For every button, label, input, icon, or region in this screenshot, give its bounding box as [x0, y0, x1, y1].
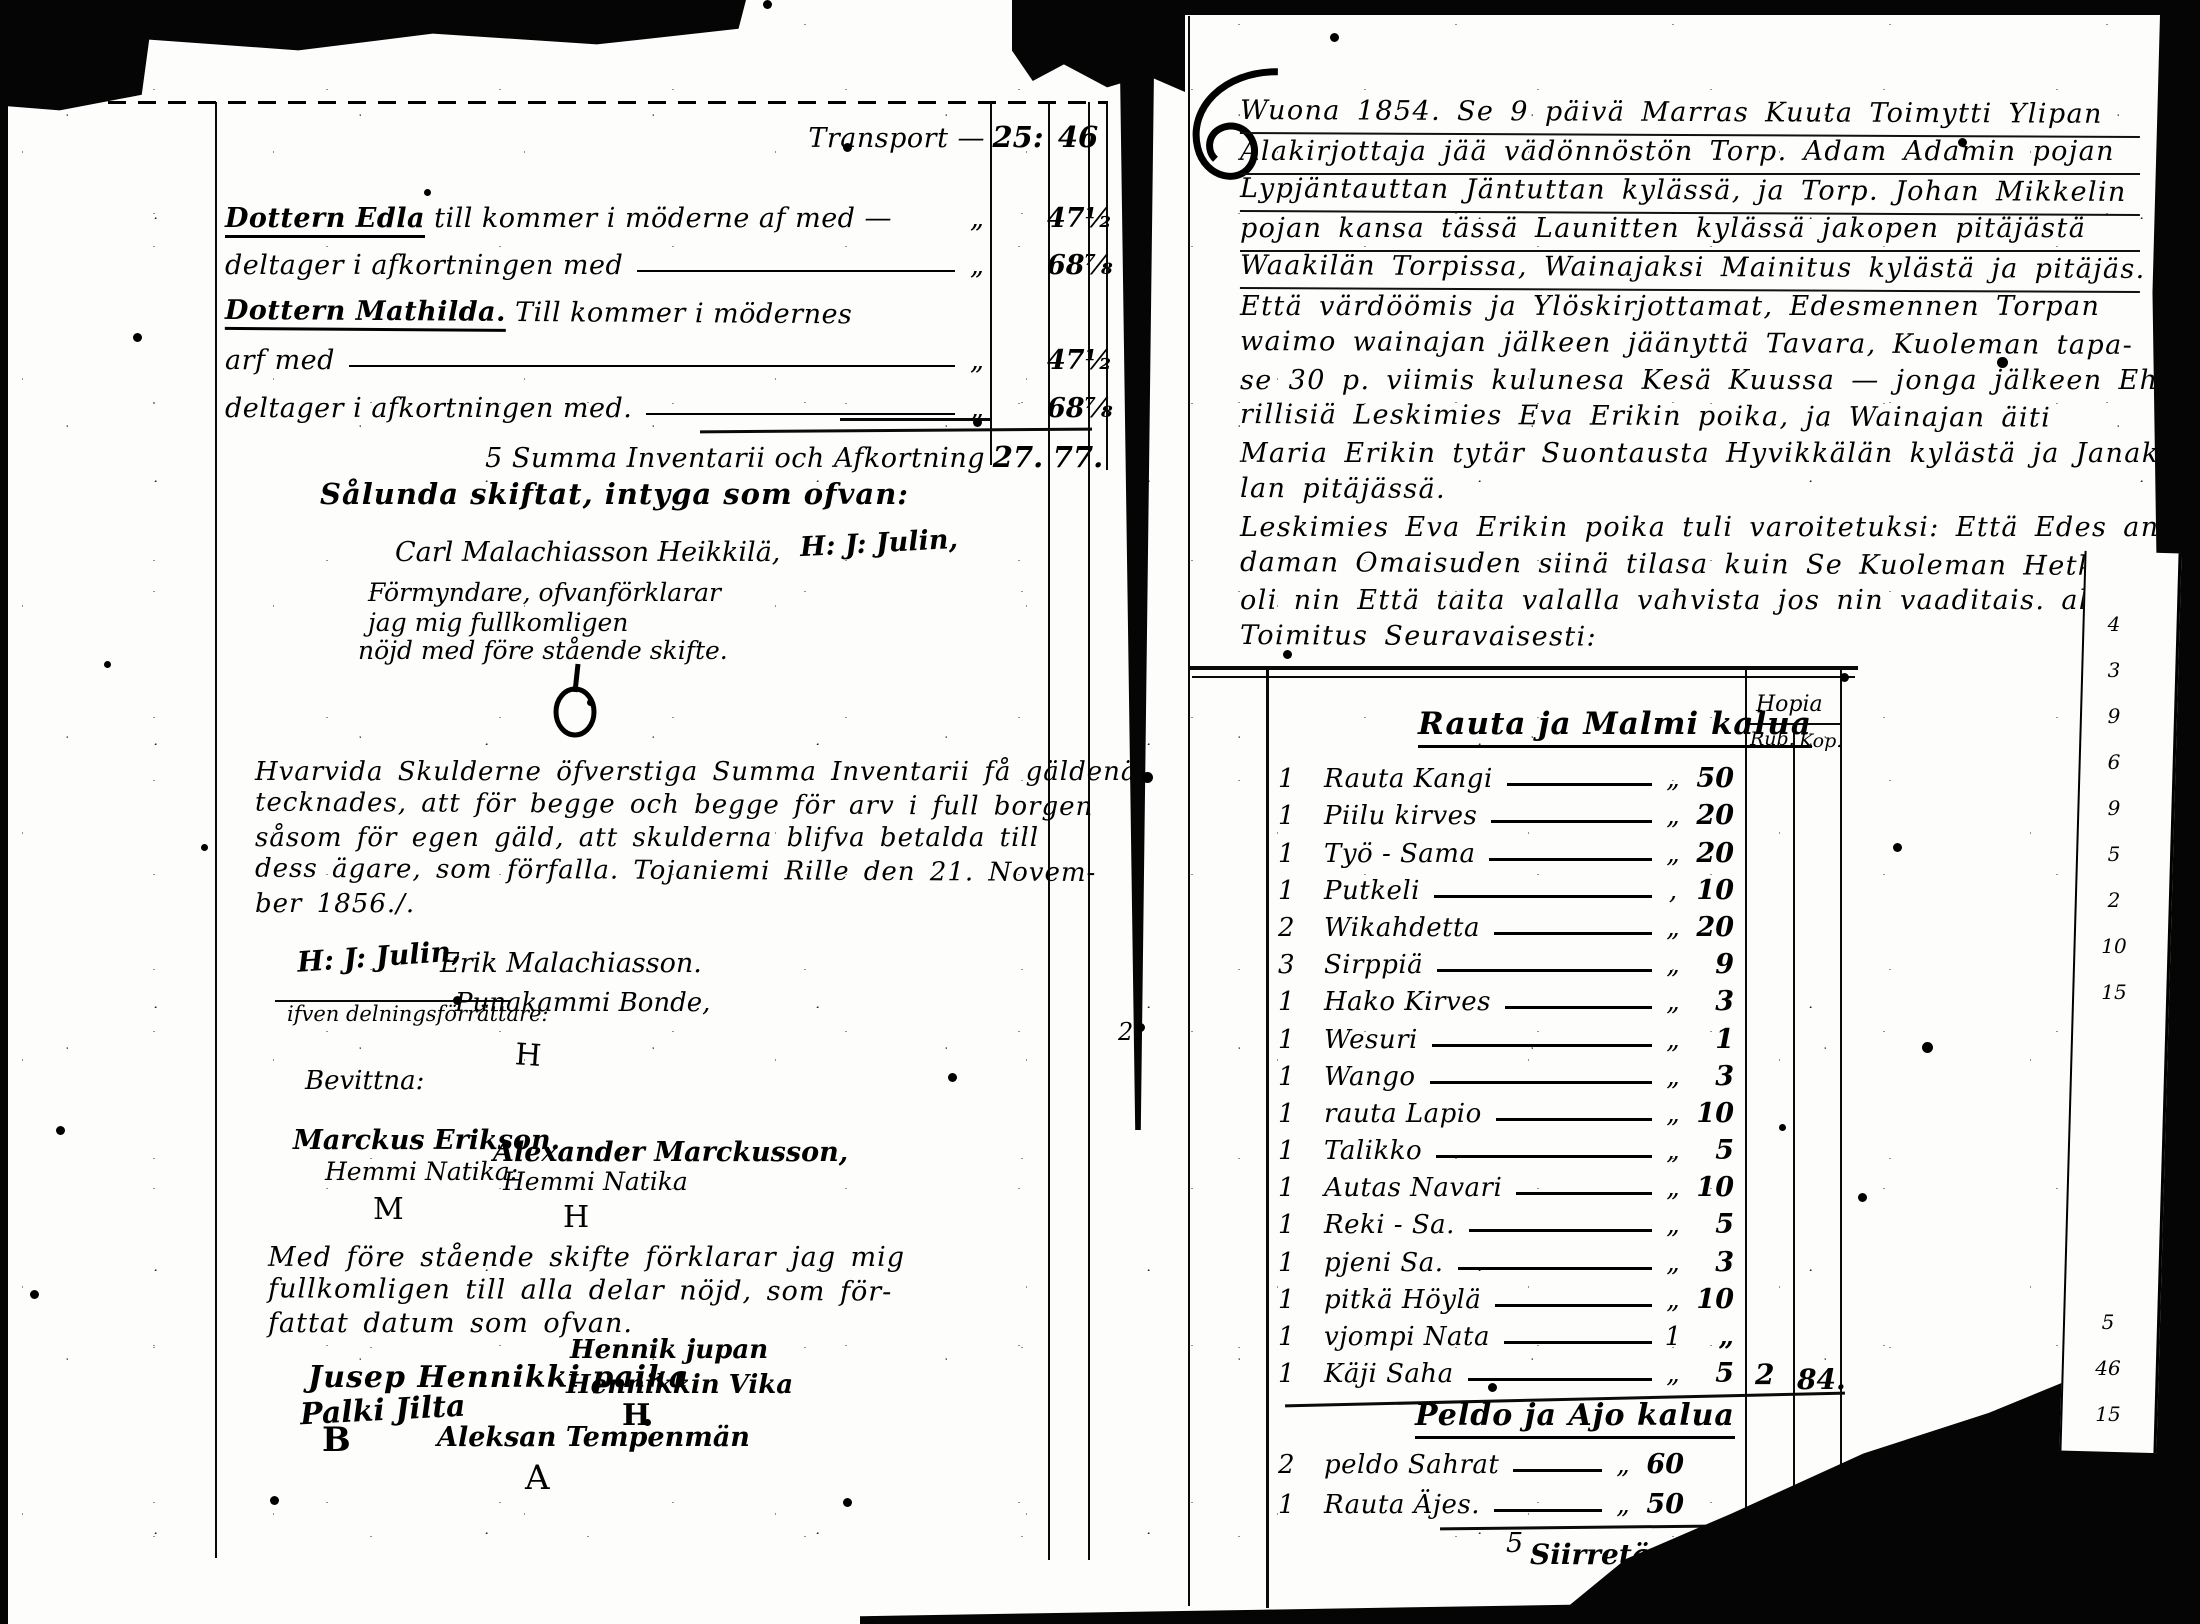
field-goods-rows: 2 peldo Sahrat „ 60 1 Rauta Äjes. „ 50: [1270, 1440, 1690, 1520]
clause-line: tecknades, att för begge och begge för a…: [255, 788, 1147, 826]
inventory-row: 1 pitkä Höylä „ 10: [1270, 1278, 1740, 1315]
inventory-row: 1 Käji Saha „ 5: [1270, 1352, 1740, 1389]
ruled-filler-line: [1505, 1006, 1652, 1009]
item-name: Käji Saha: [1312, 1359, 1454, 1389]
certify-line-2: Förmyndare, ofvanförklarar: [368, 578, 721, 607]
ditto-mark: 1: [1660, 1322, 1686, 1352]
ruled-filler-line: [1469, 1229, 1652, 1232]
item-amount: 1: [1686, 1024, 1740, 1055]
intro-line: Waakilän Torpissa, Wainajaksi Mainitus k…: [1240, 250, 2140, 293]
debt-clause-paragraph: Hvarvida Skulderne öfverstiga Summa Inve…: [255, 757, 1147, 922]
clause-line: ber 1856./.: [255, 889, 1147, 922]
item-amount: 10: [1686, 1098, 1740, 1129]
clause-line: såsom för egen gäld, att skulderna blifv…: [255, 823, 1147, 856]
summa-rub: 27.: [989, 440, 1047, 474]
clause-line: Hvarvida Skulderne öfverstiga Summa Inve…: [255, 757, 1147, 790]
inventory-row: 2 peldo Sahrat „ 60: [1270, 1440, 1690, 1480]
heir-share-rows: Dottern Edla till kommer i möderne af me…: [225, 186, 1109, 424]
intro-line: Leskimies Eva Erikin poika tuli varoitet…: [1240, 512, 2140, 549]
item-quantity: 2: [1270, 913, 1312, 943]
inventory-row: 1 Talikko „ 5: [1270, 1129, 1740, 1166]
intro-line: Toimitus Seuravaisesti:: [1240, 620, 2140, 661]
ledger-row: arf med „ 47½: [225, 329, 1109, 377]
item-quantity: 1: [1270, 1359, 1312, 1389]
item-amount: 5: [1686, 1135, 1740, 1166]
item-name: Talikko: [1312, 1136, 1422, 1166]
intro-line: Wuona 1854. Se 9 päivä Marras Kuuta Toim…: [1240, 95, 2140, 138]
summa-row: 5 Summa Inventarii och Afkortning 27. 77…: [225, 432, 1109, 474]
scanned-book-spread: Transport — 25: 46 Dottern Edla till kom…: [0, 0, 2200, 1624]
ruled-filler-line: [1436, 1155, 1652, 1158]
table-rub-kop-divider: [1793, 724, 1795, 1608]
ditto-mark: „: [1660, 913, 1686, 943]
item-name: pjeni Sa.: [1312, 1248, 1444, 1278]
left-top-dashed-rule: [108, 101, 1108, 104]
edge-digit: 9: [2088, 796, 2140, 842]
erik-role: Punakammi Bonde,: [455, 988, 710, 1018]
carried-num: 5: [1506, 1528, 1523, 1559]
ditto-mark: „: [1660, 1210, 1686, 1240]
spine-shadow-band: [1116, 70, 1156, 1130]
row-text: deltager i afkortningen med.: [225, 393, 632, 424]
intro-line: lan pitäjässä.: [1240, 473, 2140, 514]
inventory-row: 1 rauta Lapio „ 10: [1270, 1092, 1740, 1129]
erik-house-mark: H: [514, 1037, 543, 1074]
item-name: Hako Kirves: [1312, 987, 1491, 1017]
item-amount: 50: [1636, 1489, 1690, 1520]
approver-sig-5: Aleksan Tempenmän: [437, 1422, 750, 1453]
item-quantity: 3: [1270, 950, 1312, 980]
inventory-row: 1 Putkeli , 10: [1270, 869, 1740, 906]
spine-shadow-top: [1012, 0, 1185, 92]
item-amount: 3: [1686, 1061, 1740, 1092]
item-quantity: 1: [1270, 764, 1312, 794]
row-text: deltager i afkortningen med: [225, 250, 623, 281]
probate-intro-paragraph: Wuona 1854. Se 9 päivä Marras Kuuta Toim…: [1240, 97, 2140, 659]
intro-line: waimo wainajan jälkeen jäänyttä Tavara, …: [1240, 326, 2140, 367]
ruled-filler-line: [1437, 969, 1652, 972]
row-text: arf med: [225, 345, 335, 376]
item-quantity: 1: [1270, 1210, 1312, 1240]
ruled-filler-line: [1496, 1118, 1652, 1121]
inventory-row: 1 pjeni Sa. „ 3: [1270, 1240, 1740, 1277]
transport-label: Transport —: [225, 123, 989, 154]
item-name: peldo Sahrat: [1312, 1450, 1499, 1480]
item-name: Autas Navari: [1312, 1173, 1502, 1203]
item-amount: 20: [1686, 912, 1740, 943]
ledger-row: Dottern Mathilda. Till kommer i mödernes: [225, 278, 1109, 332]
certify-line-4: nöjd med före stående skifte.: [358, 636, 728, 665]
item-name: Reki - Sa.: [1312, 1210, 1455, 1240]
gutter-stray-mark: 2.: [1118, 1018, 1141, 1046]
transport-kop: 46: [1047, 120, 1109, 154]
inventory-row: 3 Sirppiä „ 9: [1270, 943, 1740, 980]
edge-digit: 2: [2088, 888, 2140, 934]
inventory-row: 1 Reki - Sa. „ 5: [1270, 1203, 1740, 1240]
inventory-row: 1 Piilu kirves „ 20: [1270, 794, 1740, 831]
intro-line: daman Omaisuden siinä tilasa kuin Se Kuo…: [1240, 547, 2140, 588]
kopek-amount: 47½: [1047, 345, 1109, 376]
heir-name: Dottern Mathilda.: [225, 294, 506, 331]
ditto-mark: „: [965, 345, 989, 376]
item-name: Työ - Sama: [1312, 839, 1475, 869]
edge-digit: 46: [2080, 1356, 2136, 1402]
item-name: Sirppiä: [1312, 950, 1423, 980]
ruled-filler-line: [1504, 1341, 1652, 1344]
edge-digit: 4: [2088, 612, 2140, 658]
row-text: till kommer i möderne af med —: [425, 203, 892, 234]
item-amount: 5: [1686, 1209, 1740, 1240]
edge-digit: 6: [2088, 750, 2140, 796]
ruled-filler-line: [1495, 1304, 1652, 1307]
item-amount: „: [1686, 1321, 1740, 1352]
table-top-border-inner: [1192, 676, 1855, 678]
item-amount: 10: [1686, 1284, 1740, 1315]
kopek-amount: 68⅞: [1047, 393, 1109, 424]
item-quantity: 1: [1270, 1062, 1312, 1092]
signature-erik: Erik Malachiasson.: [440, 948, 702, 979]
ditto-mark: „: [1610, 1490, 1636, 1520]
ditto-mark: „: [1660, 1062, 1686, 1092]
signature-julin-2: H: J: Julin,: [296, 934, 462, 978]
ditto-mark: „: [965, 393, 989, 424]
house-mark-symbol: [548, 662, 606, 740]
signature-julin-1: H: J: Julin,: [799, 524, 958, 563]
intro-line: se 30 p. viimis kulunesa Kesä Kuussa — j…: [1240, 365, 2140, 402]
clause-line: dess ägare, som förfalla. Tojaniemi Rill…: [255, 854, 1147, 892]
inventory-row: 1 Wesuri „ 1: [1270, 1017, 1740, 1054]
witness-2-farm: Hemmi Natika: [503, 1167, 688, 1196]
witness-heading: Bevittna:: [305, 1066, 424, 1096]
item-name: Rauta Äjes.: [1312, 1490, 1480, 1520]
item-quantity: 1: [1270, 1285, 1312, 1315]
kopek-amount: 47½: [1047, 203, 1109, 234]
inventory-row: 1 vjompi Nata 1 „: [1270, 1315, 1740, 1352]
ruled-filler-line: [349, 365, 955, 367]
intro-line: Lypjäntauttan Jäntuttan kylässä, ja Torp…: [1240, 173, 2140, 216]
item-name: Putkeli: [1312, 876, 1420, 906]
ruled-filler-line: [1507, 783, 1652, 786]
approver-mark-b: B: [322, 1420, 351, 1460]
item-quantity: 1: [1270, 1099, 1312, 1129]
edge-digit: 15: [2080, 1402, 2136, 1448]
certify-line-3: jag mig fullkomligen: [368, 608, 628, 637]
ruled-filler-line: [637, 270, 955, 272]
item-quantity: 1: [1270, 1248, 1312, 1278]
edge-digit: 5: [2088, 842, 2140, 888]
ditto-mark: „: [1660, 801, 1686, 831]
item-amount: 20: [1686, 800, 1740, 831]
item-amount: 3: [1686, 1247, 1740, 1278]
inventory-row: 1 Hako Kirves „ 3: [1270, 980, 1740, 1017]
kopek-amount: 68⅞: [1047, 250, 1109, 281]
edge-digit: 10: [2088, 934, 2140, 980]
intro-line: rillisiä Leskimies Eva Erikin poika, ja …: [1240, 399, 2140, 440]
approver-mark-a: A: [525, 1458, 550, 1498]
inventory-row: 1 Rauta Kangi „ 50: [1270, 757, 1740, 794]
ruled-filler-line: [1430, 1081, 1652, 1084]
item-amount: 50: [1686, 763, 1740, 794]
item-quantity: 1: [1270, 1025, 1312, 1055]
ditto-mark: „: [1660, 839, 1686, 869]
item-amount: 60: [1636, 1449, 1690, 1480]
item-quantity: 1: [1270, 801, 1312, 831]
table-left-border: [1266, 670, 1269, 1608]
ruled-filler-line: [1458, 1267, 1653, 1270]
item-name: vjompi Nata: [1312, 1322, 1490, 1352]
witness-1-mark: M: [373, 1192, 404, 1227]
item-quantity: 1: [1270, 1322, 1312, 1352]
ruled-filler-line: [1489, 858, 1652, 861]
witness-2-name: Alexander Marckusson,: [493, 1137, 848, 1168]
ditto-mark: „: [1660, 1248, 1686, 1278]
item-amount: 9: [1686, 949, 1740, 980]
witness-2-mark: H: [563, 1200, 589, 1235]
edge-digit: 5: [2080, 1310, 2136, 1356]
ruled-filler-line: [1494, 1509, 1602, 1512]
item-name: Wikahdetta: [1312, 913, 1480, 943]
ditto-mark: „: [1660, 1025, 1686, 1055]
approver-sig-3: Hennikkin Vika: [566, 1370, 793, 1400]
intro-line: Että värdöömis ja Ylöskirjottamat, Edesm…: [1240, 291, 2140, 328]
signature-carl: Carl Malachiasson Heikkilä,: [395, 537, 780, 568]
intro-line: Alakirjottaja jää vädönnöstön Torp. Adam…: [1240, 136, 2140, 175]
heir-name: Dottern Edla: [225, 203, 425, 238]
ruled-filler-line: [1434, 895, 1652, 898]
item-amount: 20: [1686, 838, 1740, 869]
ruled-filler-line: [1491, 820, 1652, 823]
item-amount: 5: [1686, 1358, 1740, 1389]
section1-title: Rauta ja Malmi kalua: [1418, 706, 1812, 748]
ledger-row: deltager i afkortningen med „ 68⅞: [225, 234, 1109, 282]
scan-edge-top-right: [1185, 0, 2200, 15]
ledger-row: deltager i afkortningen med. „ 68⅞: [225, 376, 1109, 424]
item-quantity: 2: [1270, 1450, 1312, 1480]
ditto-mark: „: [965, 203, 989, 234]
table-top-border-outer: [1190, 666, 1858, 670]
item-amount: 3: [1686, 986, 1740, 1017]
summa-kop: 77.: [1047, 440, 1109, 474]
ruled-filler-line: [1494, 932, 1652, 935]
intro-line: Maria Erikin tytär Suontausta Hyvikkälän…: [1240, 438, 2140, 475]
edge-digit: 9: [2088, 704, 2140, 750]
ruled-filler-line: [646, 413, 955, 415]
item-quantity: 1: [1270, 1136, 1312, 1166]
ditto-mark: „: [1660, 1099, 1686, 1129]
inventory-row: 2 Wikahdetta „ 20: [1270, 906, 1740, 943]
row-text: Till kommer i mödernes: [506, 296, 853, 329]
section2-title: Peldo ja Ajo kalua: [1415, 1398, 1735, 1439]
item-name: pitkä Höylä: [1312, 1285, 1481, 1315]
item-amount: 10: [1686, 875, 1740, 906]
ditto-mark: „: [1660, 1136, 1686, 1166]
ruled-filler-line: [1432, 1044, 1652, 1047]
transport-row: Transport — 25: 46: [225, 112, 1109, 154]
ruled-filler-line: [866, 321, 955, 322]
item-quantity: 1: [1270, 1490, 1312, 1520]
scan-edge-left: [0, 0, 8, 1624]
transport-rub: 25:: [989, 120, 1047, 154]
inventory-row: 1 Rauta Äjes. „ 50: [1270, 1480, 1690, 1520]
intro-line: pojan kansa tässä Launitten kylässä jako…: [1240, 213, 2140, 252]
under-page-digits-bottom: 54615: [2080, 1310, 2136, 1448]
ditto-mark: „: [1660, 1173, 1686, 1203]
edge-digit: 15: [2088, 980, 2140, 1026]
table-amount-divider: [1745, 670, 1747, 1608]
approval-line: Med före stående skifte förklarar jag mi…: [268, 1242, 905, 1275]
ditto-mark: „: [1660, 764, 1686, 794]
ruled-filler-line: [1468, 1378, 1652, 1381]
ditto-mark: ,: [1660, 876, 1686, 906]
ditto-mark: „: [1660, 950, 1686, 980]
inventory-row: 1 Wango „ 3: [1270, 1055, 1740, 1092]
approval-paragraph: Med före stående skifte förklarar jag mi…: [268, 1242, 905, 1341]
total-kop: 84.: [1797, 1363, 1846, 1396]
item-amount: 10: [1686, 1172, 1740, 1203]
ditto-mark: „: [1660, 1285, 1686, 1315]
left-margin-rule: [215, 102, 217, 1558]
ditto-mark: „: [965, 250, 989, 281]
certify-heading: Sålunda skiftat, intyga som ofvan:: [320, 477, 909, 511]
ruled-filler-line: [1516, 1192, 1652, 1195]
witness-1-farm: Hemmi Natika:: [325, 1157, 518, 1186]
intro-line: oli nin Että taita valalla vahvista jos …: [1240, 585, 2140, 622]
iron-goods-rows: 1 Rauta Kangi „ 50 1 Piilu kirves „ 20 1…: [1270, 757, 1740, 1389]
ditto-mark: „: [1610, 1450, 1636, 1480]
item-quantity: 1: [1270, 1173, 1312, 1203]
ledger-row: Dottern Edla till kommer i möderne af me…: [225, 186, 1109, 234]
item-name: Piilu kirves: [1312, 801, 1477, 831]
ruled-filler-line: [1513, 1469, 1602, 1472]
under-page-digits: 43969521015: [2088, 612, 2140, 1026]
item-quantity: 1: [1270, 987, 1312, 1017]
item-quantity: 1: [1270, 839, 1312, 869]
item-name: Rauta Kangi: [1312, 764, 1493, 794]
approval-line: fullkomligen till alla delar nöjd, som f…: [268, 1273, 905, 1309]
ditto-mark: „: [1660, 1359, 1686, 1389]
inventory-row: 1 Autas Navari „ 10: [1270, 1166, 1740, 1203]
right-page-edge-rule: [1188, 16, 1190, 1606]
item-name: Wango: [1312, 1062, 1416, 1092]
item-name: Wesuri: [1312, 1025, 1418, 1055]
edge-digit: 3: [2088, 658, 2140, 704]
total-rub: 2: [1755, 1358, 1774, 1391]
inventory-row: 1 Työ - Sama „ 20: [1270, 831, 1740, 868]
ditto-mark: „: [1660, 987, 1686, 1017]
summa-label: 5 Summa Inventarii och Afkortning: [225, 443, 989, 474]
item-name: rauta Lapio: [1312, 1099, 1482, 1129]
item-quantity: 1: [1270, 876, 1312, 906]
